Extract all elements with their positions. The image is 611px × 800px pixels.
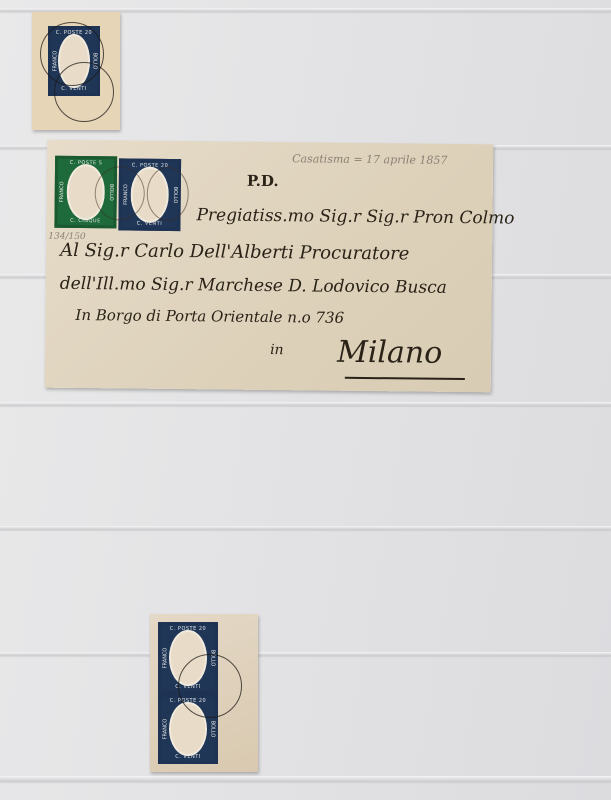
city-name: Milano (337, 335, 443, 371)
pd-marking: P.D. (247, 172, 279, 190)
cover-letter[interactable]: C. POSTE 5 FRANCO BOLLO C. CINQUE C. POS… (45, 140, 494, 393)
postmark-cancel (146, 167, 189, 221)
city-prefix: in (270, 342, 284, 358)
album-strip (0, 402, 611, 406)
album-strip (0, 526, 611, 530)
address-line: Al Sig.r Carlo Dell'Alberti Procuratore (60, 240, 409, 265)
postmark-cancel (54, 62, 114, 122)
album-strip (0, 776, 611, 782)
postmark-cancel (94, 166, 145, 221)
single-stamp-piece[interactable]: C. POSTE 20 FRANCO BOLLO C. VENTI (32, 12, 120, 130)
address-line: In Borgo di Porta Orientale n.o 736 (75, 306, 344, 327)
address-line: Pregiatiss.mo Sig.r Sig.r Pron Colmo (196, 205, 514, 228)
vertical-pair-piece[interactable]: C. POSTE 20 FRANCO BOLLO C. VENTI C. POS… (150, 614, 258, 772)
address-line: dell'Ill.mo Sig.r Marchese D. Lodovico B… (60, 274, 447, 298)
underline-flourish (345, 377, 465, 380)
postmark-cancel (178, 654, 242, 718)
album-strip (0, 652, 611, 656)
pencil-annotation: Casatisma = 17 aprile 1857 (292, 152, 447, 167)
